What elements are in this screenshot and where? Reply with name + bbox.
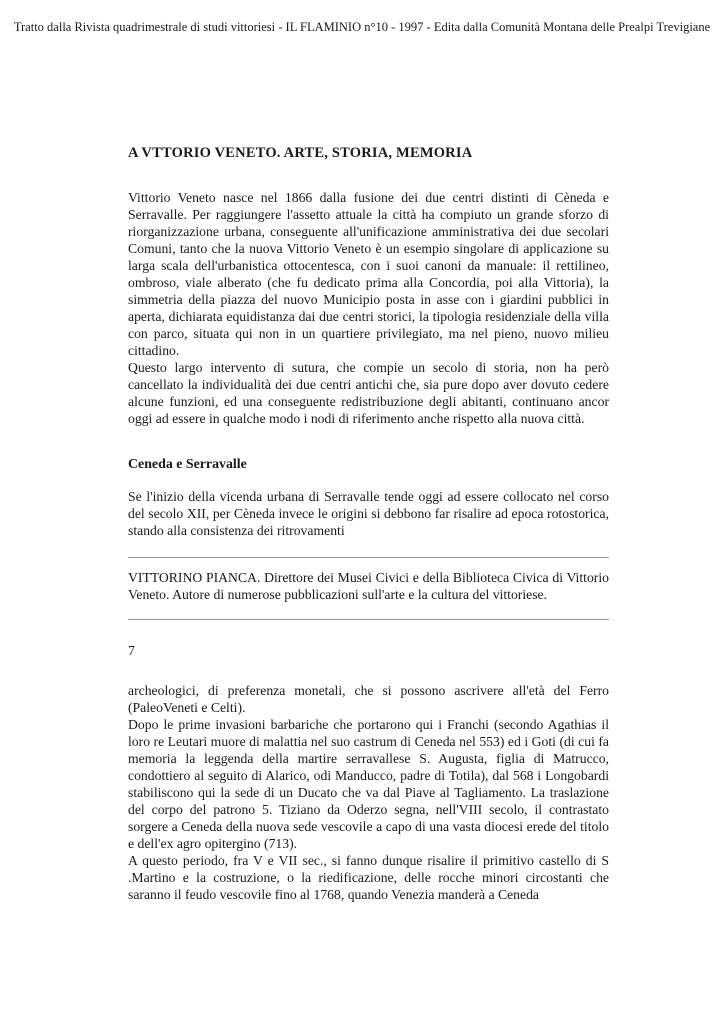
section-block-1: Se l'inizio della vicenda urbana di Serr… bbox=[128, 488, 609, 539]
section-block-2: archeologici, di preferenza monetali, ch… bbox=[128, 682, 609, 903]
section-heading-ceneda-e-serravalle: Ceneda e Serravalle bbox=[128, 457, 609, 473]
section-paragraph-2b: Dopo le prime invasioni barbariche che p… bbox=[128, 716, 609, 852]
intro-block: Vittorio Veneto nasce nel 1866 dalla fus… bbox=[128, 189, 609, 427]
document-page: { "page": { "header": "Tratto dalla Rivi… bbox=[0, 0, 724, 1024]
footnote-divider-bottom bbox=[128, 619, 609, 620]
journal-source-header: Tratto dalla Rivista quadrimestrale di s… bbox=[0, 19, 724, 35]
section-paragraph-1: Se l'inizio della vicenda urbana di Serr… bbox=[128, 488, 609, 539]
author-footnote-block: VITTORINO PIANCA. Direttore dei Musei Ci… bbox=[128, 569, 609, 603]
author-footnote: VITTORINO PIANCA. Direttore dei Musei Ci… bbox=[128, 569, 609, 603]
footnote-divider-top bbox=[128, 557, 609, 558]
section-paragraph-2c: A questo periodo, fra V e VII sec., si f… bbox=[128, 852, 609, 903]
article-title: A VTTORIO VENETO. ARTE, STORIA, MEMORIA bbox=[128, 145, 609, 162]
page-number: 7 bbox=[128, 643, 609, 659]
section-paragraph-2a: archeologici, di preferenza monetali, ch… bbox=[128, 682, 609, 716]
intro-paragraph-2: Questo largo intervento di sutura, che c… bbox=[128, 359, 609, 427]
intro-paragraph-1: Vittorio Veneto nasce nel 1866 dalla fus… bbox=[128, 189, 609, 359]
